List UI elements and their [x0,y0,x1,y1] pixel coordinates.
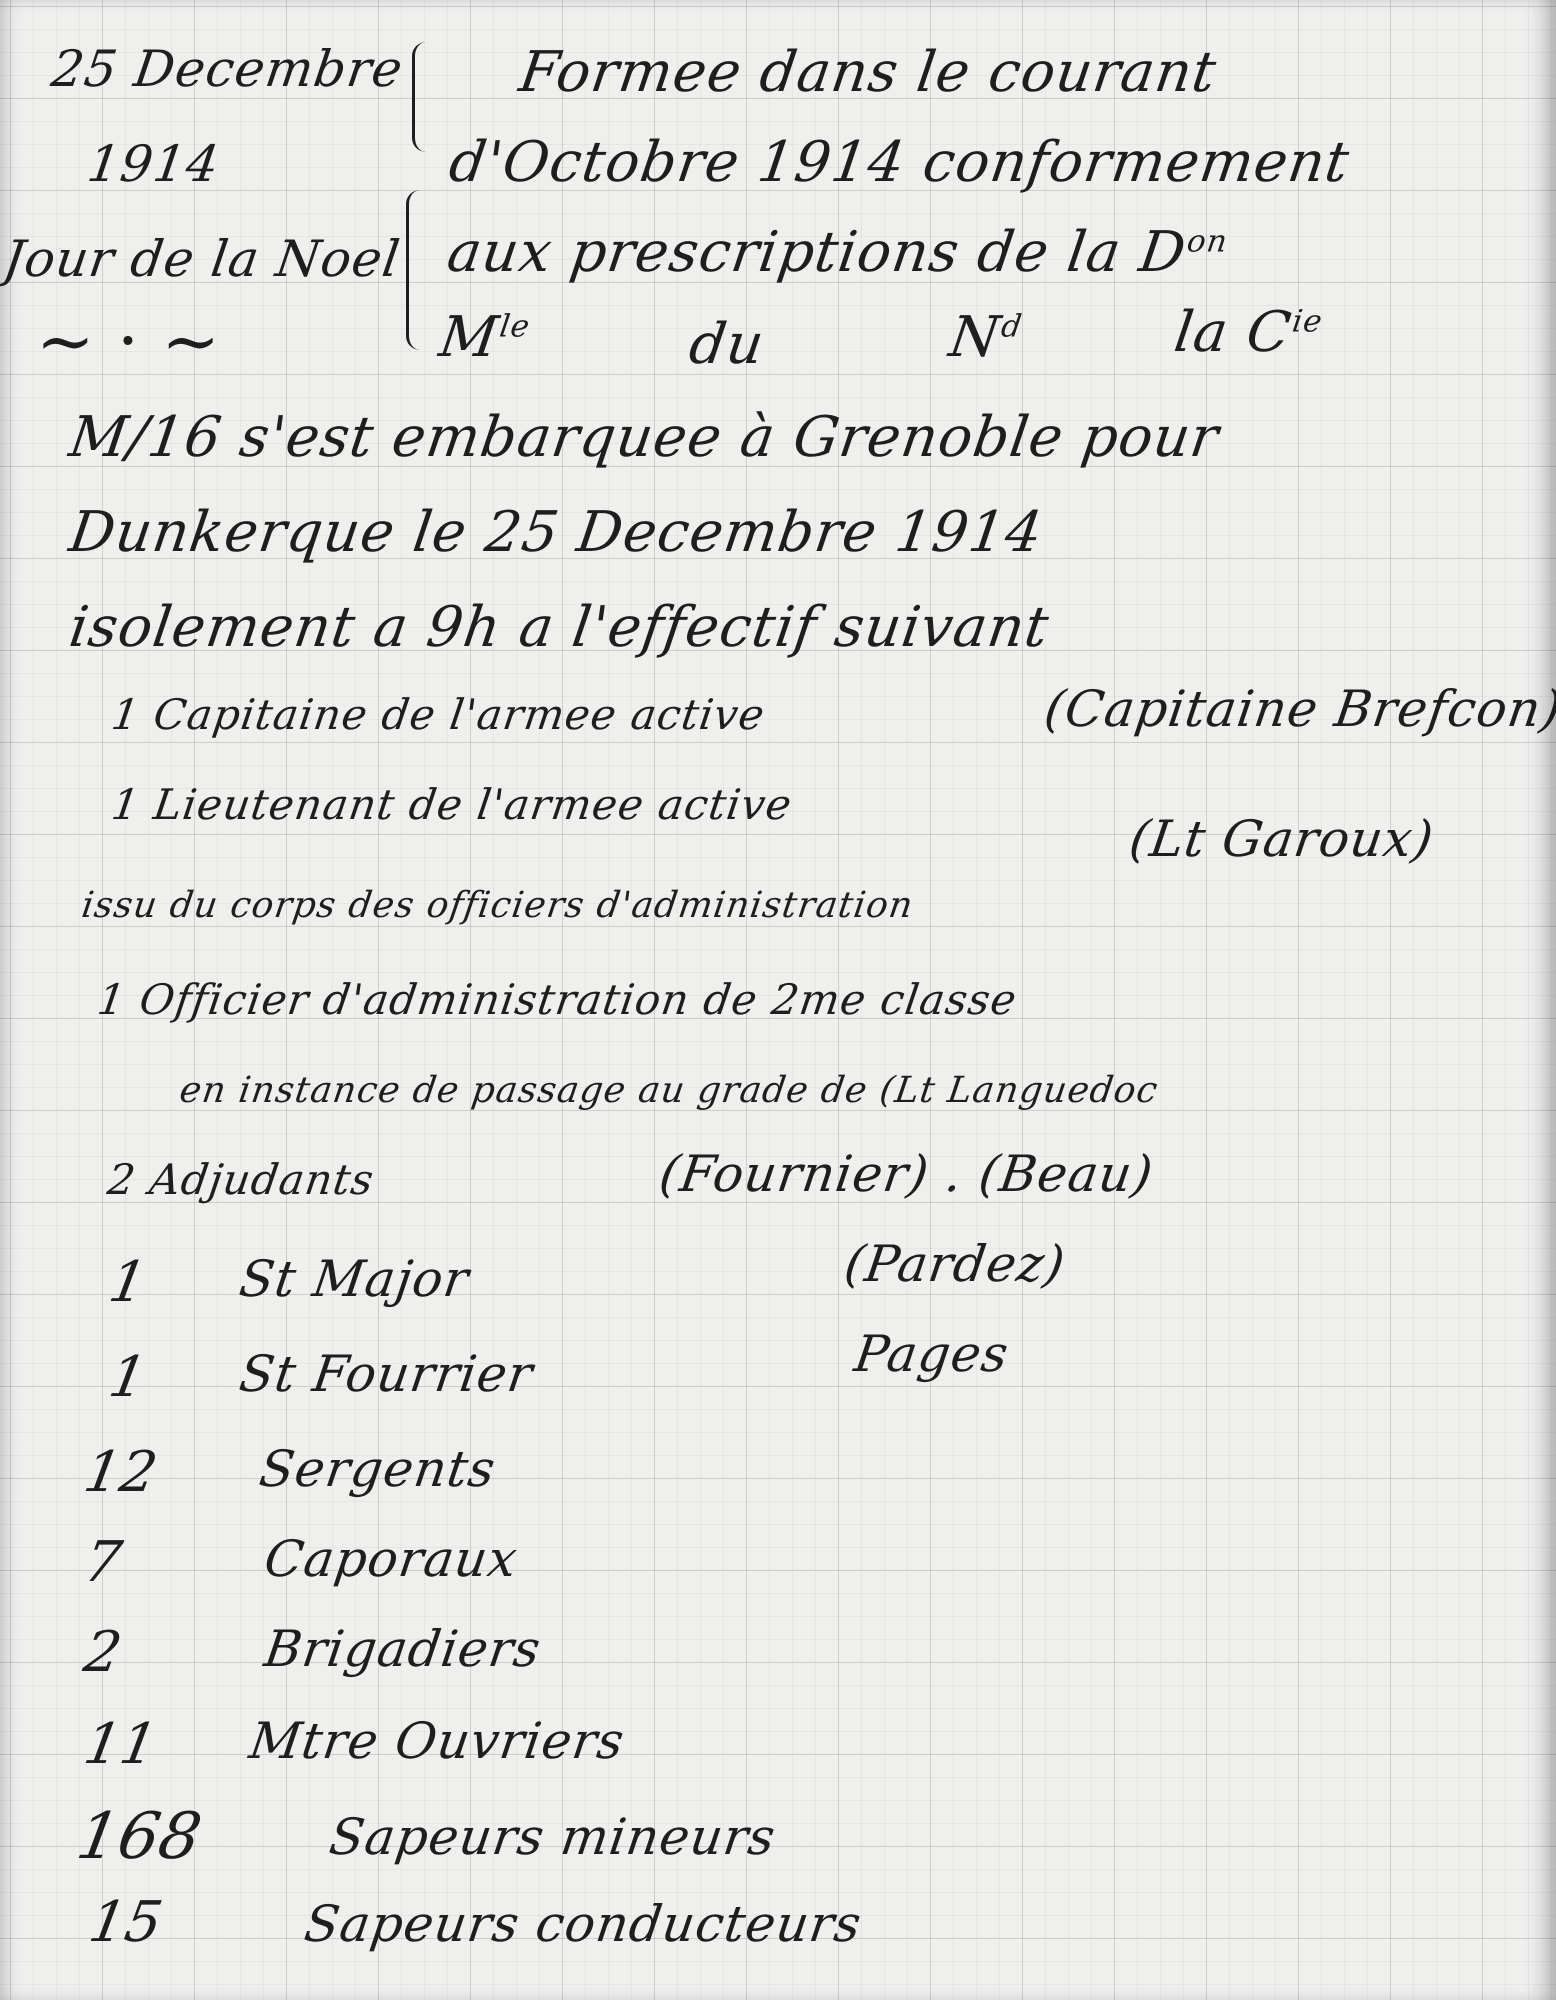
effectif-count: 2 [79,1620,126,1685]
margin-date: 25 Decembre [48,40,407,98]
notebook-page: 25 Decembre 1914 Jour de la Noel ~ · ~ F… [0,0,1556,2000]
nco-name: (Pardez) [841,1235,1069,1293]
body-line: d'Octobre 1914 conformement [445,130,1353,195]
effectif-label: Caporaux [261,1530,521,1588]
effectif-row: issu du corps des officiers d'administra… [79,885,916,926]
effectif-row: 1 Capitaine de l'armee active [109,690,769,739]
brace-divider [412,42,437,152]
margin-note: Jour de la Noel [0,230,404,288]
effectif-label: St Fourrier [236,1345,537,1403]
effectif-row: en instance de passage au grade de (Lt L… [177,1070,1161,1111]
body-line: M/16 s'est embarquee à Grenoble pour [65,405,1223,470]
body-line: Dunkerque le 25 Decembre 1914 [65,500,1046,565]
brace-divider [406,190,431,350]
effectif-label: Brigadiers [261,1620,545,1678]
body-line: aux prescriptions de la Don [443,220,1230,285]
effectif-count: 15 [84,1890,167,1955]
effectif-count: 1 [104,1250,151,1315]
effectif-label: Sapeurs mineurs [326,1808,779,1866]
effectif-count: 168 [71,1800,206,1874]
body-line: Formee dans le courant [515,40,1220,105]
effectif-label: St Major [236,1250,473,1308]
body-line: la Cie [1170,300,1325,365]
effectif-label: Mtre Ouvriers [246,1712,628,1770]
effectif-row: 1 Lieutenant de l'armee active [109,780,796,829]
nco-name: Pages [851,1325,1013,1383]
body-line: Mle [435,305,533,370]
effectif-count: 11 [79,1712,162,1777]
effectif-count: 1 [104,1345,151,1410]
effectif-row: 1 Officier d'administration de 2me class… [95,975,1021,1024]
officer-name: (Capitaine Brefcon) [1041,680,1556,738]
effectif-count: 12 [79,1440,162,1505]
effectif-label: Sapeurs conducteurs [301,1895,865,1953]
adjudant-names: (Fournier) . (Beau) [656,1145,1157,1203]
officer-name: (Lt Garoux) [1126,810,1438,868]
effectif-count: 7 [79,1530,126,1595]
body-line: du [685,312,768,377]
body-line: isolement a 9h a l'effectif suivant [65,595,1053,660]
effectif-label: Sergents [256,1440,499,1498]
margin-flourish: ~ · ~ [36,300,220,382]
margin-year: 1914 [84,135,223,193]
effectif-row: 2 Adjudants [105,1155,378,1204]
body-line: Nd [945,305,1025,370]
